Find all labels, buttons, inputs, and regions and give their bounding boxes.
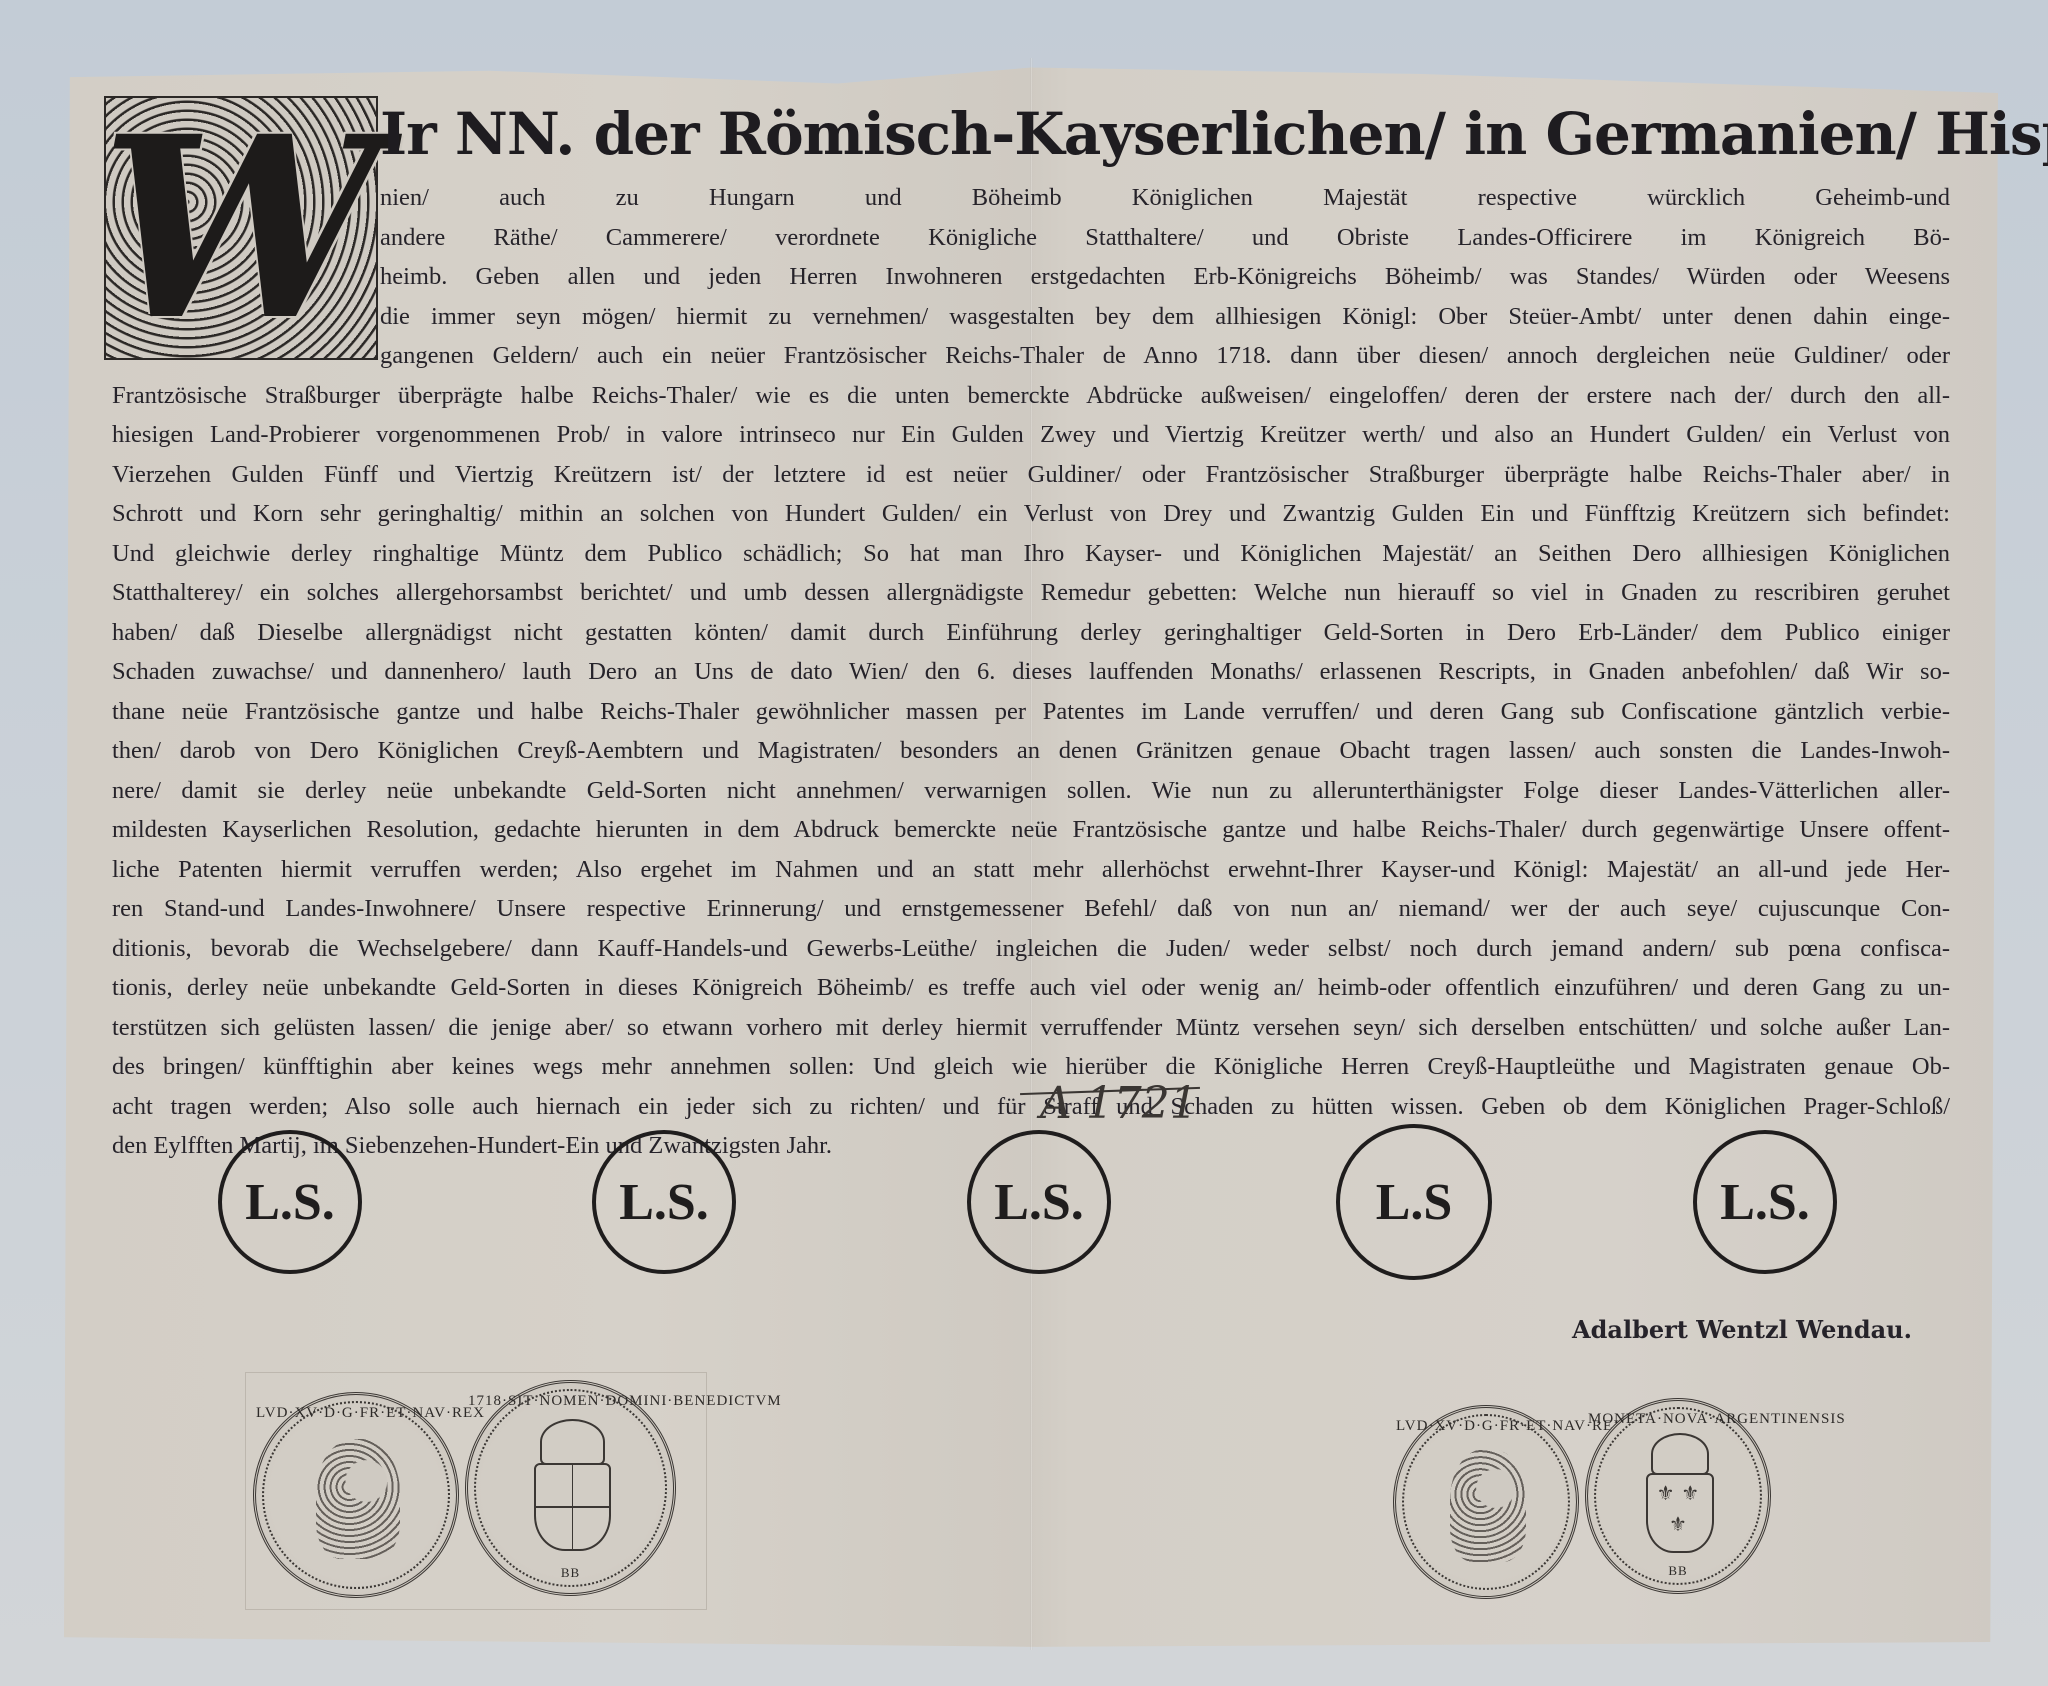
title-line: Ir NN. der Römisch-Kayserlichen/ in Germ… <box>380 100 1950 168</box>
text-line: hiesigen Land-Probierer vorgenommenen Pr… <box>112 415 1950 455</box>
portrait-icon <box>1450 1449 1526 1562</box>
coin-legend: LVD·XV·D·G·FR·ET·NAV·REX <box>256 1405 456 1422</box>
fleur-de-lis-icon: ⚜ <box>1681 1481 1699 1505</box>
signature: Adalbert Wentzl Wendau. <box>1572 1315 1912 1344</box>
text-line: Frantzösische Straßburger überprägte hal… <box>112 376 1950 416</box>
text-line: nere/ damit sie derley neüe unbekandte G… <box>112 771 1950 811</box>
seal-placeholder: L.S. <box>218 1130 362 1274</box>
coin-right-reverse: ⚜ ⚜ ⚜ MONETA·NOVA·ARGENTINENSIS BB <box>1585 1398 1771 1594</box>
portrait-icon <box>316 1439 400 1559</box>
coin-right-obverse: LVD·XV·D·G·FR·ET·NAV·REX <box>1393 1405 1579 1599</box>
text-line: Und gleichwie derley ringhaltige Müntz d… <box>112 534 1950 574</box>
text-line: terstützen sich gelüsten lassen/ die jen… <box>112 1008 1950 1048</box>
coin-left-obverse: LVD·XV·D·G·FR·ET·NAV·REX <box>253 1392 459 1598</box>
seal-placeholder: L.S <box>1336 1124 1492 1280</box>
coin-legend: 1718·SIT·NOMEN·DOMINI·BENEDICTVM <box>468 1393 673 1410</box>
coin-legend: MONETA·NOVA·ARGENTINENSIS <box>1588 1411 1768 1428</box>
text-line: ren Stand-und Landes-Inwohnere/ Unsere r… <box>112 889 1950 929</box>
fleur-de-lis-icon: ⚜ <box>1657 1481 1675 1505</box>
seal-placeholder: L.S. <box>1693 1130 1837 1274</box>
handwritten-annotation: A 1721 <box>1040 1078 1198 1129</box>
text-line: Statthalterey/ ein solches allergehorsam… <box>112 573 1950 613</box>
text-line: gangenen Geldern/ auch ein neüer Frantzö… <box>380 336 1950 376</box>
text-line: mildesten Kayserlichen Resolution, gedac… <box>112 810 1950 850</box>
text-line: die immer seyn mögen/ hiermit zu vernehm… <box>380 297 1950 337</box>
seal-placeholder: L.S. <box>592 1130 736 1274</box>
text-line: ditionis, bevorab die Wechselgebere/ dan… <box>112 929 1950 969</box>
text-line: des bringen/ künfftighin aber keines weg… <box>112 1047 1950 1087</box>
text-line: Schrott und Korn sehr geringhaltig/ mith… <box>112 494 1950 534</box>
shield-icon <box>534 1463 612 1551</box>
text-line: haben/ daß Dieselbe allergnädigst nicht … <box>112 613 1950 653</box>
decree-body: nien/ auch zu Hungarn und Böheimb Königl… <box>112 178 1950 1166</box>
text-line: Schaden zuwachse/ und dannenhero/ lauth … <box>112 652 1950 692</box>
crown-icon <box>540 1419 606 1465</box>
text-line: heimb. Geben allen und jeden Herren Inwo… <box>380 257 1950 297</box>
coin-mint-mark: BB <box>1588 1563 1768 1579</box>
text-line: nien/ auch zu Hungarn und Böheimb Königl… <box>380 178 1950 218</box>
text-line: liche Patenten hiermit verruffen werden;… <box>112 850 1950 890</box>
text-line: then/ darob von Dero Königlichen Creyß-A… <box>112 731 1950 771</box>
text-line: tionis, derley neüe unbekandte Geld-Sort… <box>112 968 1950 1008</box>
text-line: andere Räthe/ Cammerere/ verordnete Köni… <box>380 218 1950 258</box>
text-line: thane neüe Frantzösische gantze und halb… <box>112 692 1950 732</box>
text-line: Vierzehen Gulden Fünff und Viertzig Kreü… <box>112 455 1950 495</box>
coin-legend: LVD·XV·D·G·FR·ET·NAV·REX <box>1396 1418 1576 1435</box>
crown-icon <box>1651 1433 1709 1475</box>
coin-mint-mark: BB <box>468 1565 673 1581</box>
fleur-de-lis-icon: ⚜ <box>1669 1512 1687 1536</box>
seal-placeholder: L.S. <box>967 1130 1111 1274</box>
coin-left-reverse: 1718·SIT·NOMEN·DOMINI·BENEDICTVM BB <box>465 1380 676 1596</box>
shield-icon: ⚜ ⚜ ⚜ <box>1646 1473 1715 1553</box>
